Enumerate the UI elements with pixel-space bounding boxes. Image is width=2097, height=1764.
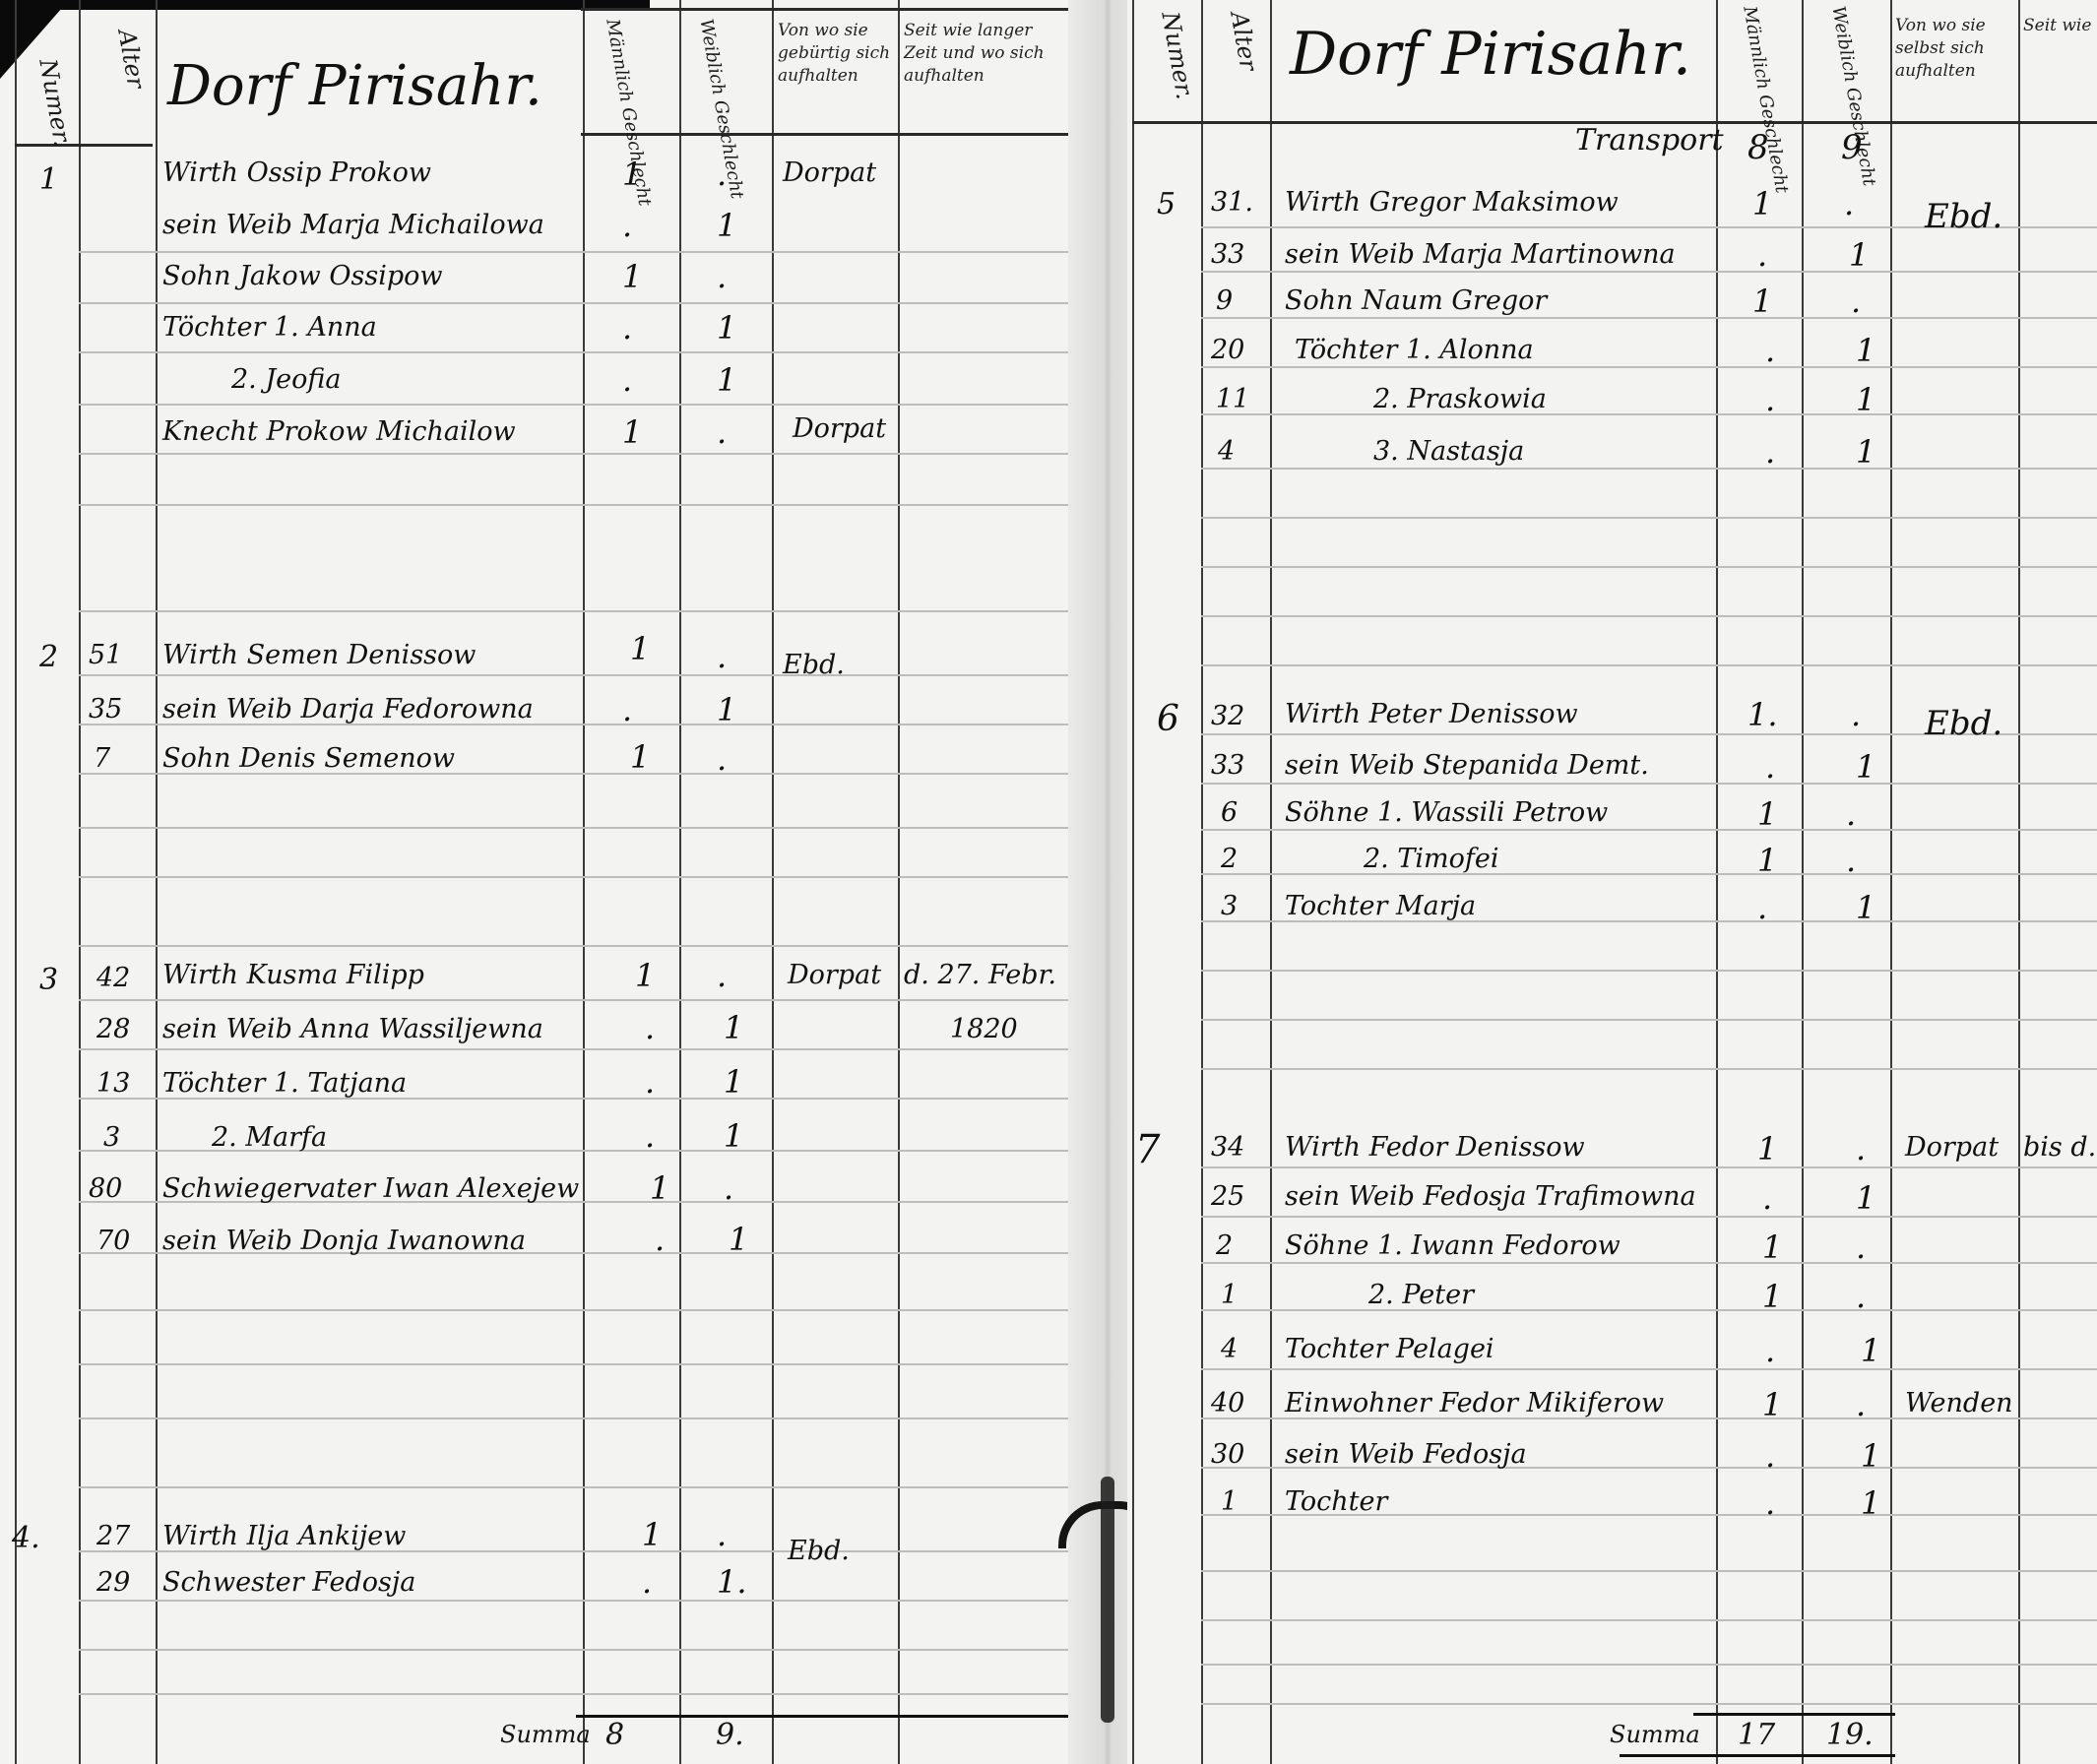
- person-name: Sohn Jakow Ossipow: [162, 261, 442, 291]
- female-count: 1: [724, 1063, 743, 1101]
- female-count: .: [717, 638, 727, 675]
- age: 1: [1221, 1486, 1238, 1517]
- household-number: 4.: [12, 1521, 40, 1555]
- person-name: Wirth Kusma Filipp: [162, 960, 424, 990]
- ruled-line: [1201, 566, 2097, 568]
- ruled-line: [1201, 1368, 2097, 1370]
- male-count: .: [645, 1009, 655, 1046]
- male-count: .: [1765, 433, 1775, 471]
- ruled-line: [79, 302, 1073, 304]
- female-count: 1: [1856, 332, 1875, 369]
- female-count: 1: [717, 691, 736, 728]
- female-count: 1: [1856, 433, 1875, 471]
- age: 11: [1216, 384, 1249, 414]
- ruled-line: [79, 876, 1073, 878]
- female-count: .: [717, 258, 727, 295]
- person-name: Töchter 1. Tatjana: [162, 1068, 407, 1099]
- person-name: Einwohner Fedor Mikiferow: [1285, 1388, 1664, 1418]
- male-count: .: [655, 1221, 665, 1258]
- person-name: sein Weib Darja Fedorowna: [162, 694, 534, 724]
- female-count: 1: [1861, 1437, 1880, 1475]
- female-count: .: [717, 1516, 727, 1553]
- male-count: .: [1765, 332, 1775, 369]
- male-count: 1: [1757, 1130, 1777, 1167]
- age: 80: [89, 1173, 122, 1204]
- person-name: sein Weib Marja Michailowa: [162, 210, 544, 240]
- transport-male: 8: [1747, 128, 1769, 167]
- person-name: sein Weib Anna Wassiljewna: [162, 1014, 543, 1044]
- person-name: sein Weib Stepanida Demt.: [1285, 750, 1649, 781]
- age: 3: [1221, 891, 1238, 921]
- person-name: 3. Nastasja: [1373, 436, 1524, 467]
- female-count: 1: [724, 1009, 743, 1046]
- age: 51: [89, 640, 122, 670]
- summa-male: 17: [1738, 1718, 1775, 1752]
- female-count: 1: [724, 1117, 743, 1155]
- column-header-since-when: Seit wie langer Zeit und wo sich aufhalt…: [904, 20, 1066, 88]
- transport-label: Transport: [1575, 123, 1724, 157]
- age: 31.: [1211, 187, 1253, 218]
- male-count: 1: [1752, 283, 1772, 320]
- age: 4: [1218, 436, 1235, 467]
- person-name: Söhne 1. Wassili Petrow: [1285, 797, 1608, 828]
- female-count: .: [717, 957, 727, 994]
- ruled-line: [79, 1600, 1073, 1602]
- ruled-line: [1201, 829, 2097, 831]
- age: 40: [1211, 1388, 1244, 1418]
- age: 20: [1211, 335, 1244, 365]
- age: 33: [1211, 239, 1244, 270]
- place: Wenden: [1905, 1388, 2013, 1418]
- household-number: 1: [39, 162, 58, 197]
- age: 6: [1221, 797, 1238, 828]
- person-name: Söhne 1. Iwann Fedorow: [1285, 1230, 1620, 1261]
- person-name: Tochter Marja: [1285, 891, 1476, 921]
- place: Ebd.: [1925, 704, 2002, 743]
- male-count: .: [645, 1117, 655, 1155]
- summa-rule: [576, 1715, 1068, 1718]
- person-name: Sohn Naum Gregor: [1285, 285, 1547, 316]
- female-count: .: [1856, 1386, 1866, 1423]
- summa-male: 8: [605, 1718, 624, 1752]
- ruled-line: [79, 610, 1073, 612]
- right-page: Numer. Alter Dorf Pirisahr. Männlich Ges…: [1108, 0, 2097, 1764]
- column-rule: [1802, 0, 1804, 1764]
- male-count: 1: [635, 957, 655, 994]
- female-count: 1: [1856, 748, 1875, 786]
- female-count: .: [1846, 842, 1856, 879]
- ruled-line: [79, 453, 1073, 455]
- male-count: 1: [622, 156, 642, 193]
- female-count: 1: [1856, 381, 1875, 418]
- summa-label: Summa: [500, 1721, 591, 1748]
- summa-underline: [1620, 1754, 1895, 1757]
- female-count: .: [1851, 283, 1861, 320]
- age: 13: [96, 1068, 130, 1099]
- ruled-line: [1201, 413, 2097, 415]
- age: 7: [94, 743, 110, 774]
- age: 27: [96, 1521, 130, 1551]
- column-rule: [15, 0, 17, 1764]
- age: 1: [1221, 1280, 1238, 1310]
- date-note: 1820: [950, 1014, 1018, 1044]
- column-rule: [1201, 0, 1203, 1764]
- female-count: .: [1844, 185, 1854, 222]
- column-header-from-where: Von wo sie selbst sich aufhalten: [1895, 15, 2015, 83]
- male-count: .: [1757, 889, 1767, 926]
- ruled-line: [1201, 468, 2097, 470]
- female-count: .: [717, 740, 727, 778]
- male-count: .: [622, 309, 632, 346]
- person-name: 2. Jeofia: [231, 364, 342, 395]
- age: 29: [96, 1567, 130, 1598]
- person-name: Schwiegervater Iwan Alexejew: [162, 1173, 579, 1204]
- female-count: 1: [717, 207, 736, 244]
- male-count: 1: [630, 738, 650, 776]
- ruled-line: [1201, 1019, 2097, 1021]
- age: 28: [96, 1014, 130, 1044]
- household-number: 2: [39, 640, 58, 674]
- person-name: Tochter Pelagei: [1285, 1334, 1494, 1364]
- ruled-line: [1201, 1664, 2097, 1666]
- male-count: .: [1765, 748, 1775, 786]
- ruled-line: [79, 674, 1073, 676]
- summa-label: Summa: [1610, 1721, 1700, 1748]
- male-count: .: [645, 1063, 655, 1101]
- page-title: Dorf Pirisahr.: [1290, 20, 1691, 89]
- ruled-line: [79, 404, 1073, 406]
- female-count: 1: [1861, 1332, 1880, 1369]
- female-count: .: [717, 156, 727, 193]
- male-count: 1: [630, 630, 650, 667]
- age: 30: [1211, 1439, 1244, 1470]
- ruled-line: [79, 999, 1073, 1001]
- male-count: .: [622, 207, 632, 244]
- male-count: 1: [1762, 1228, 1782, 1266]
- age: 2: [1216, 1230, 1233, 1261]
- column-header-from-where: Von wo sie gebürtig sich aufhalten: [778, 20, 894, 88]
- person-name: Knecht Prokow Michailow: [162, 416, 516, 447]
- ruled-line: [1201, 970, 2097, 972]
- age: 4: [1221, 1334, 1238, 1364]
- ruled-line: [79, 251, 1073, 253]
- female-count: .: [1856, 1228, 1866, 1266]
- ruled-line: [1201, 366, 2097, 368]
- person-name: sein Weib Marja Martinowna: [1285, 239, 1676, 270]
- male-count: .: [622, 691, 632, 728]
- ruled-line: [79, 1693, 1073, 1695]
- male-count: 1: [1762, 1386, 1782, 1423]
- ruled-line: [79, 1486, 1073, 1488]
- male-count: 1: [1757, 795, 1777, 833]
- ruled-line: [79, 1417, 1073, 1419]
- summa-rule: [1693, 1713, 1895, 1716]
- ruled-line: [79, 1309, 1073, 1311]
- age: 25: [1211, 1181, 1244, 1212]
- person-name: 2. Peter: [1368, 1280, 1474, 1310]
- place: Dorpat: [1905, 1132, 1999, 1163]
- female-count: .: [1856, 1278, 1866, 1315]
- place: Dorpat: [783, 157, 876, 188]
- male-count: 1: [1757, 842, 1777, 879]
- person-name: Wirth Ossip Prokow: [162, 157, 431, 188]
- column-rule: [156, 0, 158, 1764]
- column-header-since-when: Seit wie lange sich ...: [2023, 15, 2097, 37]
- ruled-line: [79, 945, 1073, 947]
- male-count: .: [1757, 236, 1767, 274]
- ruled-line: [1201, 615, 2097, 617]
- date-note: bis d...: [2023, 1132, 2097, 1163]
- male-count: .: [642, 1563, 652, 1601]
- female-count: 1: [1856, 889, 1875, 926]
- header-top-rule: [581, 8, 1073, 11]
- female-count: 1: [1861, 1484, 1880, 1522]
- ruled-line: [1201, 1309, 2097, 1311]
- person-name: 2. Timofei: [1364, 844, 1498, 874]
- person-name: Töchter 1. Alonna: [1295, 335, 1534, 365]
- ruled-line: [1201, 517, 2097, 519]
- male-count: 1: [622, 258, 642, 295]
- person-name: Wirth Peter Denissow: [1285, 699, 1578, 729]
- age: 33: [1211, 750, 1244, 781]
- male-count: .: [1765, 1437, 1775, 1475]
- date-note: d. 27. Febr.: [904, 960, 1056, 990]
- column-header-alter: Alter: [113, 28, 148, 91]
- ruled-line: [1201, 317, 2097, 319]
- person-name: Wirth Fedor Denissow: [1285, 1132, 1585, 1163]
- column-rule: [2018, 0, 2020, 1764]
- ruled-line: [79, 351, 1073, 353]
- male-count: .: [1762, 1179, 1772, 1217]
- ruled-line: [1201, 873, 2097, 875]
- place: Dorpat: [793, 413, 886, 444]
- age: 34: [1211, 1132, 1244, 1163]
- ruled-line: [79, 1649, 1073, 1651]
- person-name: 2. Praskowia: [1373, 384, 1547, 414]
- column-rule: [898, 0, 900, 1764]
- person-name: Sohn Denis Semenow: [162, 743, 455, 774]
- age: 32: [1211, 701, 1244, 731]
- place: Ebd.: [1925, 197, 2002, 236]
- column-rule: [1890, 0, 1892, 1764]
- person-name: sein Weib Fedosja Trafimowna: [1285, 1181, 1696, 1212]
- place: Ebd.: [788, 1536, 850, 1566]
- household-number: 6: [1157, 699, 1179, 739]
- female-count: 1.: [717, 1563, 747, 1601]
- ruled-line: [1201, 664, 2097, 666]
- female-count: .: [1856, 1130, 1866, 1167]
- male-count: .: [1765, 1332, 1775, 1369]
- column-rule: [772, 0, 774, 1764]
- ruled-line: [1201, 1570, 2097, 1572]
- ruled-line: [1201, 1619, 2097, 1621]
- male-count: 1: [642, 1516, 662, 1553]
- place: Ebd.: [783, 650, 845, 680]
- male-count: 1: [1752, 185, 1772, 222]
- header-bottom-rule: [581, 133, 1073, 136]
- ruled-line: [79, 827, 1073, 829]
- page-top-shadow: [59, 0, 650, 10]
- male-count: 1: [1762, 1278, 1782, 1315]
- page-title: Dorf Pirisahr.: [167, 54, 542, 118]
- left-page: Numer. Alter Dorf Pirisahr. Männlich Ges…: [0, 0, 1108, 1764]
- column-rule: [1132, 0, 1134, 1764]
- column-rule: [1716, 0, 1718, 1764]
- column-rule: [583, 0, 585, 1764]
- ruled-line: [1201, 1216, 2097, 1218]
- age: 9: [1216, 285, 1233, 316]
- person-name: Wirth Ilja Ankijew: [162, 1521, 406, 1551]
- ruled-line: [79, 1363, 1073, 1365]
- household-number: 5: [1157, 187, 1176, 221]
- summa-female: 9.: [716, 1718, 744, 1752]
- female-count: .: [1846, 795, 1856, 833]
- female-count: 1: [717, 361, 736, 399]
- place: Dorpat: [788, 960, 881, 990]
- male-count: .: [1765, 1484, 1775, 1522]
- person-name: Wirth Semen Denissow: [162, 640, 476, 670]
- age: 35: [89, 694, 122, 724]
- person-name: sein Weib Donja Iwanowna: [162, 1226, 526, 1256]
- person-name: Töchter 1. Anna: [162, 312, 377, 343]
- male-count: 1.: [1747, 696, 1778, 733]
- ruled-line: [1201, 271, 2097, 273]
- female-count: .: [724, 1169, 733, 1207]
- ruled-line: [1201, 1262, 2097, 1264]
- female-count: 1: [1849, 236, 1869, 274]
- female-count: 1: [1856, 1179, 1875, 1217]
- ruled-line: [79, 1048, 1073, 1050]
- female-count: .: [1851, 696, 1861, 733]
- column-rule: [679, 0, 681, 1764]
- male-count: 1: [650, 1169, 669, 1207]
- male-count: 1: [622, 413, 642, 451]
- person-name: sein Weib Fedosja: [1285, 1439, 1527, 1470]
- male-count: .: [1765, 381, 1775, 418]
- age: 2: [1221, 844, 1238, 874]
- age: 42: [96, 963, 130, 993]
- summa-female: 19.: [1826, 1718, 1874, 1752]
- person-name: Wirth Gregor Maksimow: [1285, 187, 1619, 218]
- person-name: 2. Marfa: [212, 1122, 327, 1153]
- column-rule: [1270, 0, 1272, 1764]
- person-name: Schwester Fedosja: [162, 1567, 415, 1598]
- household-number: 3: [39, 963, 58, 997]
- female-count: 1: [717, 309, 736, 346]
- ruled-line: [1201, 783, 2097, 785]
- ruled-line: [1201, 1166, 2097, 1168]
- age: 70: [96, 1226, 130, 1256]
- female-count: .: [717, 413, 727, 451]
- person-name: Tochter: [1285, 1486, 1387, 1517]
- transport-female: 9: [1841, 128, 1863, 167]
- male-count: .: [622, 361, 632, 399]
- column-rule: [79, 0, 81, 1764]
- age: 3: [103, 1122, 120, 1153]
- ruled-line: [1201, 1703, 2097, 1705]
- household-number: 7: [1135, 1127, 1160, 1172]
- ruled-line: [1201, 1068, 2097, 1070]
- header-bottom-rule: [15, 144, 153, 147]
- ruled-line: [79, 504, 1073, 506]
- female-count: 1: [729, 1221, 748, 1258]
